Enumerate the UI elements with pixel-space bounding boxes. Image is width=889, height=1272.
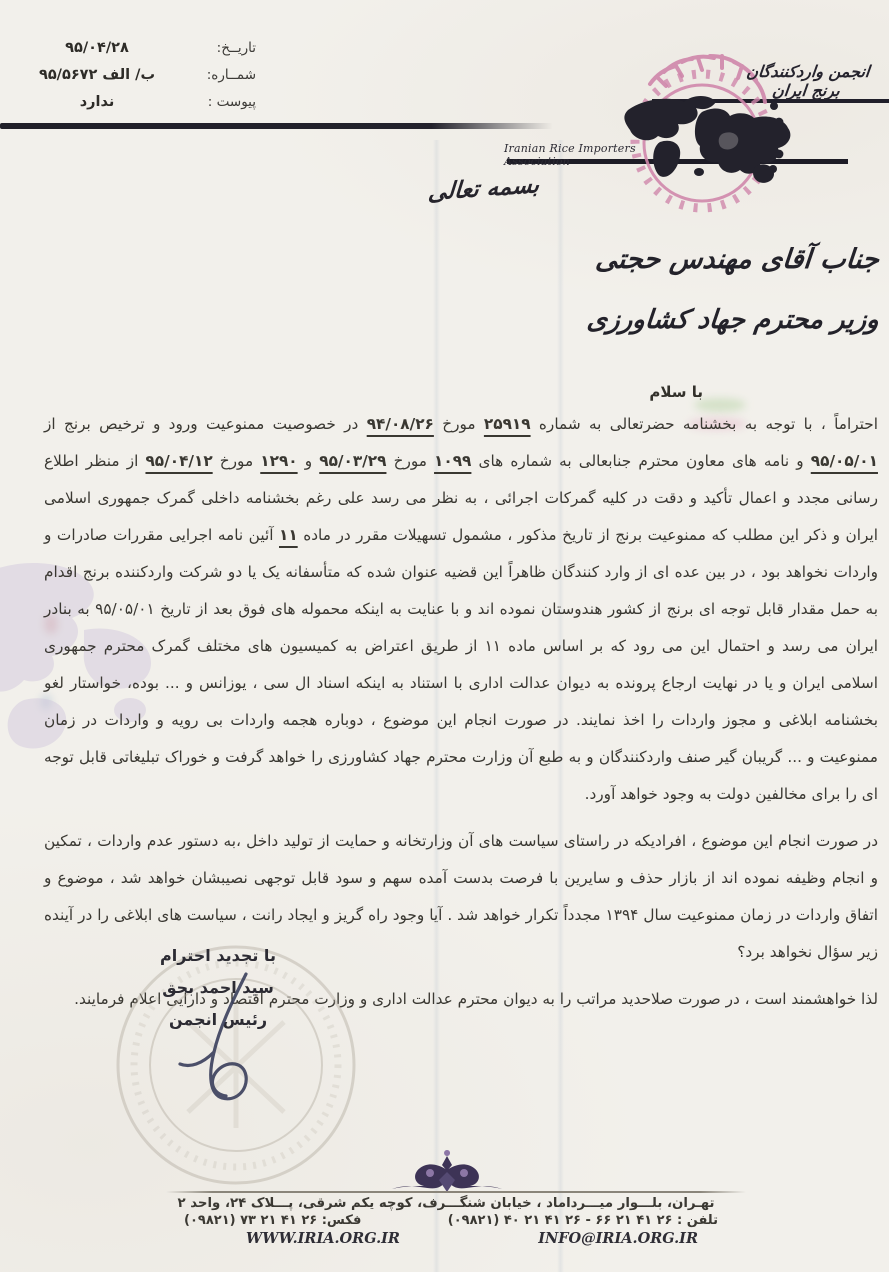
number-value: ۹۵/۵۶۷۲ ب/ الف	[16, 67, 178, 83]
phone-numbers: تلفن : ۲۶ ۴۱ ۲۱ ۶۶ - ۲۶ ۴۱ ۲۱ ۴۰ (۰۹۸۲۱)	[448, 1213, 718, 1228]
salutation: با سلام	[649, 383, 703, 401]
addressee-name: جناب آقای مهندس حجتی	[586, 244, 881, 275]
scanned-letter-page: تاريــخ: ۹۵/۰۴/۲۸ شمــاره: ۹۵/۵۶۷۲ ب/ ال…	[0, 0, 889, 1272]
body-text-segment: مورخ	[434, 415, 484, 433]
body-text-segment: و نامه های معاون محترم جنابعالی به شماره…	[471, 452, 810, 470]
besmele-calligraphy: بسمه تعالی	[427, 172, 540, 206]
handwritten-signature-icon	[150, 968, 290, 1118]
body-text-segment: مورخ	[386, 452, 434, 470]
addressee-block: جناب آقای مهندس حجتی وزیر محترم جهاد کشا…	[587, 244, 879, 335]
date-label: تاريــخ:	[178, 40, 256, 56]
meta-row-attachment: پیوست : ندارد	[16, 94, 256, 110]
underlined-reference: ۱۱	[279, 526, 298, 544]
header-rule	[0, 123, 553, 129]
web-line: WWW.IRIA.ORG.IR INFO@IRIA.ORG.IR	[168, 1228, 724, 1247]
contacts-line: تلفن : ۲۶ ۴۱ ۲۱ ۶۶ - ۲۶ ۴۱ ۲۱ ۴۰ (۰۹۸۲۱)…	[168, 1211, 724, 1228]
body-text-segment: مورخ	[213, 452, 261, 470]
address-line: تهـران، بلـــوار میـــرداماد ، خیابان شن…	[168, 1196, 724, 1211]
date-value: ۹۵/۰۴/۲۸	[16, 40, 178, 56]
association-name-english: Iranian Rice Importers Association	[504, 142, 654, 168]
letter-body: احتراماً ، با توجه به بخشنامه حضرتعالی ب…	[44, 406, 878, 1028]
body-text-segment: احتراماً ، با توجه به بخشنامه حضرتعالی ب…	[531, 415, 878, 433]
website-url: WWW.IRIA.ORG.IR	[246, 1230, 400, 1247]
underlined-reference: ۱۲۹۰	[260, 452, 297, 470]
closing-phrase: با تجدید احترام	[118, 946, 318, 965]
underlined-reference: ۹۴/۰۸/۲۶	[367, 415, 434, 433]
meta-row-number: شمــاره: ۹۵/۵۶۷۲ ب/ الف	[16, 67, 256, 83]
body-text-segment: در صورت انجام این موضوع ، افرادیکه در را…	[44, 832, 878, 961]
letter-meta-block: تاريــخ: ۹۵/۰۴/۲۸ شمــاره: ۹۵/۵۶۷۲ ب/ ال…	[16, 40, 256, 121]
attachment-label: پیوست :	[178, 94, 256, 110]
footer-rule	[166, 1191, 746, 1193]
association-name-farsi: انجمن واردکنندگان برنج ایران	[729, 62, 885, 100]
underlined-reference: ۹۵/۰۳/۲۹	[319, 452, 386, 470]
number-label: شمــاره:	[178, 67, 256, 83]
underlined-reference: ۹۵/۰۵/۰۱	[811, 452, 878, 470]
underlined-reference: ۱۰۹۹	[434, 452, 471, 470]
body-paragraph-1: احتراماً ، با توجه به بخشنامه حضرتعالی ب…	[44, 406, 878, 813]
footer-block: تهـران، بلـــوار میـــرداماد ، خیابان شن…	[168, 1196, 724, 1247]
meta-row-date: تاريــخ: ۹۵/۰۴/۲۸	[16, 40, 256, 56]
attachment-value: ندارد	[16, 94, 178, 110]
underlined-reference: ۹۵/۰۴/۱۲	[145, 452, 212, 470]
body-text-segment: آئین نامه اجرایی مقررات صادرات و واردات …	[44, 526, 878, 803]
body-text-segment: و	[298, 452, 320, 470]
addressee-title: وزیر محترم جهاد کشاورزی	[586, 305, 881, 335]
email-address: INFO@IRIA.ORG.IR	[538, 1230, 698, 1247]
underlined-reference: ۲۵۹۱۹	[484, 415, 531, 433]
footer-ornament-icon	[386, 1142, 508, 1194]
body-text-segment: در خصوصیت ممنوعیت ورود و ترخیص برنج از	[44, 415, 367, 433]
fax-number: فکس: ۲۶ ۴۱ ۲۱ ۷۳ (۰۹۸۲۱)	[184, 1213, 361, 1228]
